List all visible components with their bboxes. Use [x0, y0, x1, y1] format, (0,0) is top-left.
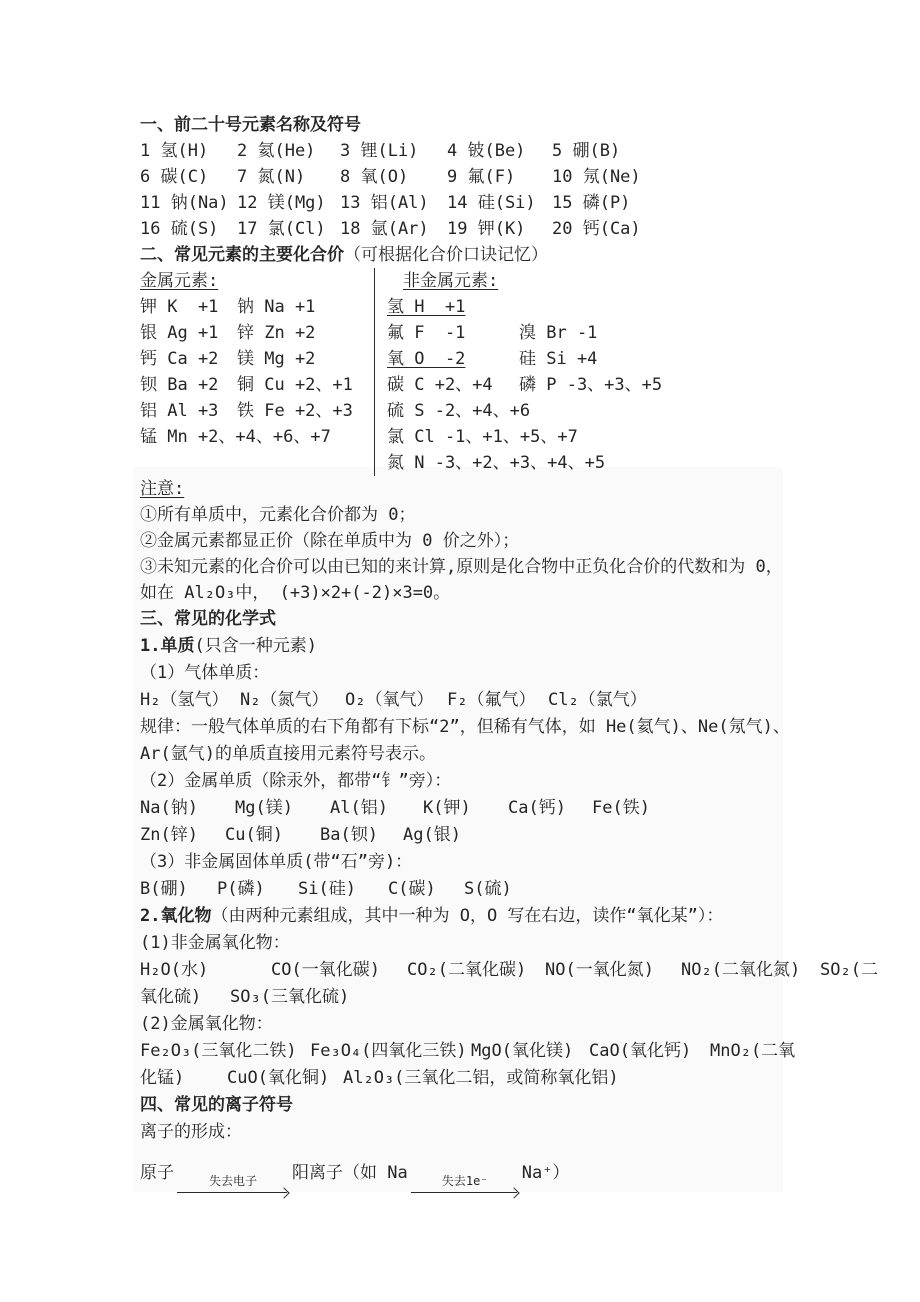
notice-item-2: ②金属元素都显正价（除在单质中为 0 价之外）； [140, 528, 920, 554]
diagram-end: Na⁺） [522, 1163, 570, 1183]
nm-oxide-row-1: H₂O(水) CO(一氧化碳) CO₂(二氧化碳) NO(一氧化氮) NO₂(二… [140, 957, 920, 984]
section-valences: 二、常见元素的主要化合价（可根据化合价口诀记忆） 金属元素: 钾 K +1钠 N… [140, 242, 920, 606]
valence-row: 氢 H +1 [387, 294, 920, 320]
oxide-item: NO(一氧化氮) [545, 957, 681, 984]
valence-cell: 碳 C +2、+4 [387, 372, 519, 398]
valence-metal-column: 金属元素: 钾 K +1钠 Na +1 银 Ag +1锌 Zn +2 钙 Ca … [140, 268, 374, 476]
oxide-item: CO₂(二氧化碳) [407, 957, 545, 984]
diagram-start: 原子 [140, 1163, 174, 1183]
gas-item: Cl₂（氯气） [548, 687, 920, 714]
element-cell: 6 碳(C) [140, 164, 237, 190]
valence-columns: 金属元素: 钾 K +1钠 Na +1 银 Ag +1锌 Zn +2 钙 Ca … [140, 268, 920, 476]
oxide-item: Fe₃O₄(四氧化三铁) [310, 1038, 471, 1065]
section-ions: 四、常见的离子符号 离子的形成： 原子失去电子阳离子（如 Na失去1e⁻Na⁺） [140, 1092, 920, 1199]
gas-item: O₂（氧气） [345, 687, 447, 714]
nonmetal-item: P(磷) [217, 876, 298, 903]
element-row: 11 钠(Na) 12 镁(Mg) 13 铝(Al) 14 硅(Si) 15 磷… [140, 190, 920, 216]
element-cell: 14 硅(Si) [447, 190, 552, 216]
element-cell: 11 钠(Na) [140, 190, 237, 216]
m-oxide-row-1: Fe₂O₃(三氧化二铁) Fe₃O₄(四氧化三铁) MgO(氧化镁) CaO(氧… [140, 1038, 920, 1065]
nonmetal-item: B(硼) [140, 876, 217, 903]
valence-cell: 锌 Zn +2 [237, 320, 374, 346]
metal-item: Fe(铁) [592, 795, 920, 822]
valence-row: 氮 N -3、+2、+3、+4、+5 [387, 450, 920, 476]
valence-cell: 溴 Br -1 [519, 320, 920, 346]
element-cell: 15 磷(P) [552, 190, 920, 216]
gas-label: （1）气体单质： [140, 660, 920, 687]
element-cell: 16 硫(S) [140, 216, 237, 242]
valence-cell [519, 424, 920, 450]
valence-row: 氧 O -2硅 Si +4 [387, 346, 920, 372]
valence-nonmetal-column: 非金属元素: 氢 H +1 氟 F -1溴 Br -1 氧 O -2硅 Si +… [374, 268, 920, 476]
valence-cell: 氟 F -1 [387, 320, 519, 346]
valence-row: 银 Ag +1锌 Zn +2 [140, 320, 374, 346]
lose-1e-arrow: 失去1e⁻ [411, 1175, 519, 1199]
metal-label: （2）金属单质（除汞外，都带“钅”旁）： [140, 768, 920, 795]
section-3-heading: 三、常见的化学式 [140, 606, 920, 633]
metal-item: Zn(锌) [140, 822, 225, 849]
metal-row-1: Na(钠) Mg(镁) Al(铝) K(钾) Ca(钙) Fe(铁) [140, 795, 920, 822]
metal-item: Al(铝) [330, 795, 423, 822]
ion-intro: 离子的形成： [140, 1119, 920, 1146]
valence-cell: 铜 Cu +2、+1 [237, 372, 374, 398]
element-cell: 10 氖(Ne) [552, 164, 920, 190]
oxide-item: MgO(氧化镁) [471, 1038, 589, 1065]
subsection-danzhi-note: (只含一种元素) [194, 636, 316, 656]
arrow-label: 失去电子 [177, 1175, 289, 1188]
gas-item: H₂（氢气） [140, 687, 240, 714]
element-row: 1 氢(H) 2 氦(He) 3 锂(Li) 4 铍(Be) 5 硼(B) [140, 138, 920, 164]
subsection-danzhi-title: 1.单质 [140, 636, 194, 656]
valence-cell: 磷 P -3、+3、+5 [519, 372, 920, 398]
valence-cell: 氮 N -3、+2、+3、+4、+5 [387, 450, 519, 476]
valence-cell: 氧 O -2 [387, 346, 519, 372]
notice-label-line: 注意: [140, 476, 920, 502]
nonmetal-item: C(碳) [388, 876, 464, 903]
section-formulas: 三、常见的化学式 1.单质(只含一种元素) （1）气体单质： H₂（氢气） N₂… [140, 606, 920, 1092]
m-oxide-label: (2)金属氧化物： [140, 1011, 920, 1038]
valence-cell: 钠 Na +1 [237, 294, 374, 320]
valence-cell: 硅 Si +4 [519, 346, 920, 372]
document-page: 一、前二十号元素名称及符号 1 氢(H) 2 氦(He) 3 锂(Li) 4 铍… [0, 0, 920, 1302]
document-content: 一、前二十号元素名称及符号 1 氢(H) 2 氦(He) 3 锂(Li) 4 铍… [140, 112, 920, 1199]
valence-row: 钾 K +1钠 Na +1 [140, 294, 374, 320]
valence-row: 钙 Ca +2镁 Mg +2 [140, 346, 374, 372]
element-cell: 17 氯(Cl) [237, 216, 340, 242]
gas-item: N₂（氮气） [240, 687, 345, 714]
valence-row: 钡 Ba +2铜 Cu +2、+1 [140, 372, 374, 398]
oxide-item: MnO₂(二氧 [710, 1038, 920, 1065]
element-cell: 13 铝(Al) [340, 190, 447, 216]
oxide-item: CaO(氧化钙) [589, 1038, 710, 1065]
element-cell: 19 钾(K) [447, 216, 552, 242]
element-cell: 7 氮(N) [237, 164, 340, 190]
section-1-heading: 一、前二十号元素名称及符号 [140, 112, 920, 138]
oxide-item: SO₂(二 [820, 957, 920, 984]
valence-cell: 钙 Ca +2 [140, 346, 237, 372]
valence-cell: 氯 Cl -1、+1、+5、+7 [387, 424, 519, 450]
valence-cell: 氢 H +1 [387, 294, 519, 320]
oxide-item: Al₂O₃(三氧化二铝，或简称氧化铝) [343, 1065, 920, 1092]
valence-cell [237, 424, 374, 450]
metal-item: Cu(铜) [225, 822, 320, 849]
element-row: 16 硫(S) 17 氯(Cl) 18 氩(Ar) 19 钾(K) 20 钙(C… [140, 216, 920, 242]
metal-row-2: Zn(锌) Cu(铜) Ba(钡) Ag(银) [140, 822, 920, 849]
subsection-oxide-title: 2.氧化物 [140, 906, 211, 926]
oxide-item: NO₂(二氧化氮) [681, 957, 820, 984]
notice-item-3-cont: 如在 Al₂O₃中， (+3)×2+(-2)×3=0。 [140, 580, 920, 606]
oxide-item: CuO(氧化铜) [227, 1065, 343, 1092]
nonmetal-item: Si(硅) [298, 876, 388, 903]
valence-cell: 硫 S -2、+4、+6 [387, 398, 519, 424]
section-2-heading-main: 二、常见元素的主要化合价 [140, 245, 344, 265]
metal-item: Ag(银) [403, 822, 920, 849]
nonmetal-item: S(硫) [464, 876, 920, 903]
valence-cell: 铁 Fe +2、+3 [237, 398, 374, 424]
element-cell: 12 镁(Mg) [237, 190, 340, 216]
metal-item: Na(钠) [140, 795, 235, 822]
gas-row: H₂（氢气） N₂（氮气） O₂（氧气） F₂（氟气） Cl₂（氯气） [140, 687, 920, 714]
right-arrow-icon [177, 1188, 289, 1199]
nonmetal-column-header: 非金属元素: [403, 268, 535, 294]
oxide-item: CO(一氧化碳) [271, 957, 407, 984]
diagram-middle: 阳离子（如 Na [292, 1163, 408, 1183]
element-cell: 20 钙(Ca) [552, 216, 920, 242]
notice-label: 注意: [140, 479, 184, 499]
element-cell: 8 氧(O) [340, 164, 447, 190]
valence-cell [519, 398, 920, 424]
subsection-oxide: 2.氧化物（由两种元素组成，其中一种为 O，O 写在右边，读作“氧化某”）： [140, 903, 920, 930]
right-arrow-icon [411, 1188, 519, 1199]
element-cell: 5 硼(B) [552, 138, 920, 164]
section-4-heading: 四、常见的离子符号 [140, 1092, 920, 1119]
rule-line-1: 规律：一般气体单质的右下角都有下标“2”，但稀有气体，如 He(氦气)、Ne(氖… [140, 714, 920, 741]
notice-item-1: ①所有单质中，元素化合价都为 0； [140, 502, 920, 528]
element-cell: 4 铍(Be) [447, 138, 552, 164]
notice-item-3: ③未知元素的化合价可以由已知的来计算,原则是化合物中正负化合价的代数和为 0， [140, 554, 920, 580]
nonmetal-row: B(硼) P(磷) Si(硅) C(碳) S(硫) [140, 876, 920, 903]
valence-row: 碳 C +2、+4磷 P -3、+3、+5 [387, 372, 920, 398]
rule-line-2: Ar(氩气)的单质直接用元素符号表示。 [140, 741, 920, 768]
lose-electron-arrow: 失去电子 [177, 1175, 289, 1199]
m-oxide-row-2: 化锰) CuO(氧化铜) Al₂O₃(三氧化二铝，或简称氧化铝) [140, 1065, 920, 1092]
section-2-heading: 二、常见元素的主要化合价（可根据化合价口诀记忆） [140, 242, 920, 268]
metal-item: Ba(钡) [320, 822, 403, 849]
element-cell: 3 锂(Li) [340, 138, 447, 164]
element-cell: 9 氟(F) [447, 164, 552, 190]
valence-row: 氟 F -1溴 Br -1 [387, 320, 920, 346]
oxide-item: 化锰) [140, 1065, 227, 1092]
valence-cell: 钡 Ba +2 [140, 372, 237, 398]
subsection-oxide-note: （由两种元素组成，其中一种为 O，O 写在右边，读作“氧化某”）： [211, 906, 723, 926]
nonmetal-label: （3）非金属固体单质(带“石”旁)： [140, 849, 920, 876]
oxide-item: 氧化硫) [140, 984, 230, 1011]
valence-cell: 锰 Mn +2、+4、+6、+7 [140, 424, 237, 450]
arrow-label: 失去1e⁻ [411, 1175, 519, 1188]
element-row: 6 碳(C) 7 氮(N) 8 氧(O) 9 氟(F) 10 氖(Ne) [140, 164, 920, 190]
valence-row: 氯 Cl -1、+1、+5、+7 [387, 424, 920, 450]
nm-oxide-row-2: 氧化硫) SO₃(三氧化硫) [140, 984, 920, 1011]
ion-formation-diagram: 原子失去电子阳离子（如 Na失去1e⁻Na⁺） [140, 1160, 920, 1199]
metal-item: Ca(钙) [508, 795, 592, 822]
section-elements: 一、前二十号元素名称及符号 1 氢(H) 2 氦(He) 3 锂(Li) 4 铍… [140, 112, 920, 242]
gas-item: F₂（氟气） [447, 687, 548, 714]
valence-cell: 镁 Mg +2 [237, 346, 374, 372]
valence-cell: 银 Ag +1 [140, 320, 237, 346]
nm-oxide-label: (1)非金属氧化物： [140, 930, 920, 957]
metal-item: Mg(镁) [235, 795, 330, 822]
valence-cell [519, 450, 920, 476]
element-cell: 1 氢(H) [140, 138, 237, 164]
valence-cell: 铝 Al +3 [140, 398, 237, 424]
valence-cell [519, 294, 920, 320]
metal-column-header: 金属元素: [140, 268, 237, 294]
section-2-heading-note: （可根据化合价口诀记忆） [344, 245, 548, 265]
valence-row: 锰 Mn +2、+4、+6、+7 [140, 424, 374, 450]
valence-row: 铝 Al +3铁 Fe +2、+3 [140, 398, 374, 424]
subsection-danzhi: 1.单质(只含一种元素) [140, 633, 920, 660]
valence-cell: 钾 K +1 [140, 294, 237, 320]
metal-item: K(钾) [423, 795, 508, 822]
oxide-item: Fe₂O₃(三氧化二铁) [140, 1038, 310, 1065]
element-cell: 18 氩(Ar) [340, 216, 447, 242]
valence-row: 硫 S -2、+4、+6 [387, 398, 920, 424]
oxide-item: H₂O(水) [140, 957, 271, 984]
element-cell: 2 氦(He) [237, 138, 340, 164]
oxide-item: SO₃(三氧化硫) [230, 984, 920, 1011]
